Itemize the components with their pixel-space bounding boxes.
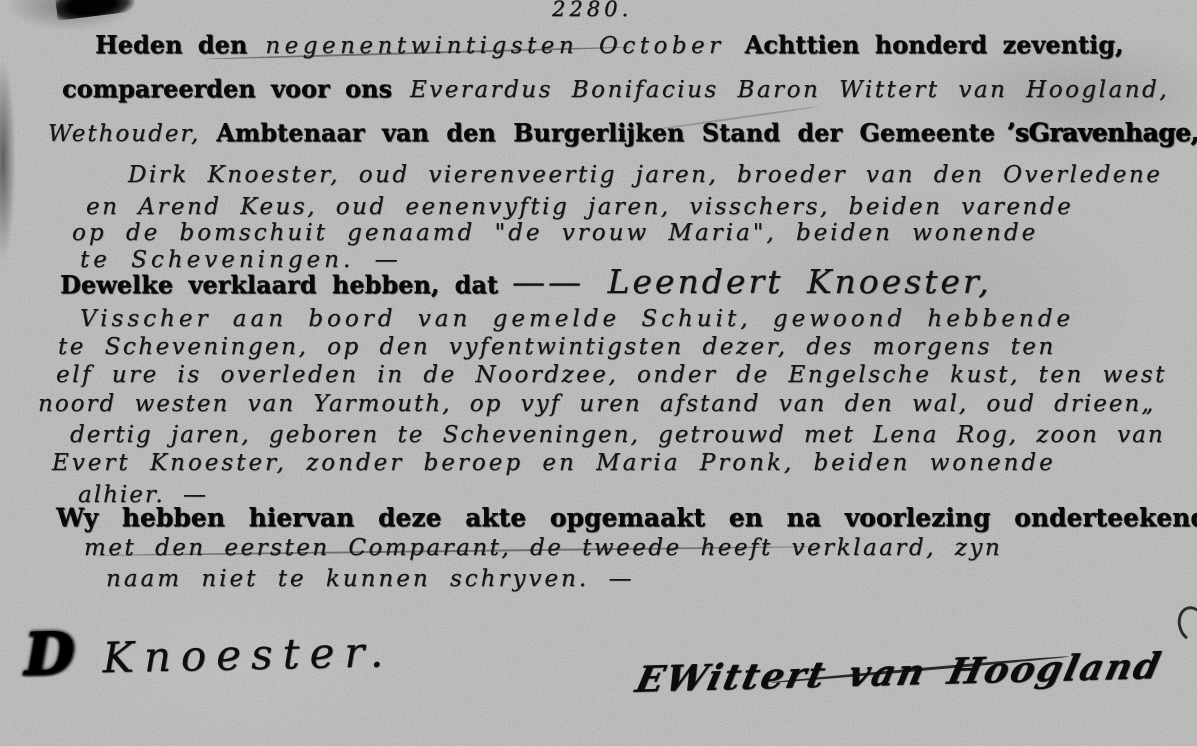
printed-year: Achttien honderd zeventig, <box>745 30 1124 59</box>
handwritten-date: negenentwintigsten October <box>265 33 724 59</box>
signature-official: EWittert van Hoogland <box>632 645 1166 701</box>
line-registrar-title: Wethouder, Ambtenaar van den Burgerlijke… <box>48 118 1197 147</box>
line-declarant-1: Dirk Knoester, oud vierenveertig jaren, … <box>128 162 1162 188</box>
scanned-death-record-page: 2280. Heden den negenentwintigsten Octob… <box>0 0 1197 746</box>
signature-declarant: D Knoester. <box>23 612 393 688</box>
line-deceased-occupation: Visscher aan boord van gemelde Schuit, g… <box>80 306 1074 332</box>
handwritten-title: Wethouder, <box>48 121 200 147</box>
line-death-time: te Scheveningen, op den vyfentwintigsten… <box>58 334 1056 360</box>
ink-mark-right-edge <box>1174 603 1197 645</box>
signature-initial-blot: D <box>23 619 73 688</box>
printed-title: Ambtenaar van den Burgerlijken Stand der… <box>216 118 995 147</box>
handwritten-text: Dirk Knoester, oud vierenveertig jaren, … <box>128 162 1162 188</box>
handwritten-text: dertig jaren, geboren te Scheveningen, g… <box>70 422 1165 448</box>
printed-text: Heden den <box>95 30 247 59</box>
handwritten-text: noord westen van Yarmouth, op vyf uren a… <box>38 391 1155 417</box>
handwritten-text: elf ure is overleden in de Noordzee, ond… <box>56 362 1167 388</box>
handwritten-text: Visscher aan boord van gemelde Schuit, g… <box>80 306 1074 332</box>
printed-municipality: ’sGravenhage, <box>1007 118 1197 147</box>
handwritten-text: en Arend Keus, oud eenenvyftig jaren, vi… <box>86 194 1073 220</box>
line-closing-hand-2: naam niet te kunnen schryven. — <box>106 566 635 592</box>
handwritten-text: op de bomschuit genaamd "de vrouw Maria"… <box>72 220 1038 246</box>
line-declarant-2: en Arend Keus, oud eenenvyftig jaren, vi… <box>86 194 1073 220</box>
handwritten-text: te Scheveningen, op den vyfentwintigsten… <box>58 334 1056 360</box>
line-deceased-details: dertig jaren, geboren te Scheveningen, g… <box>70 422 1165 448</box>
line-closing-printed: Wy hebben hiervan deze akte opgemaakt en… <box>56 503 1197 532</box>
printed-text: Wy hebben hiervan deze akte opgemaakt en… <box>56 503 1197 532</box>
line-vessel: op de bomschuit genaamd "de vrouw Maria"… <box>72 220 1038 246</box>
record-number: 2280. <box>552 0 632 21</box>
handwritten-deceased-name: —— Leendert Knoester, <box>512 262 992 301</box>
line-registrar-name: compareerden voor ons Everardus Bonifaci… <box>62 74 1169 103</box>
line-date: Heden den negenentwintigsten October Ach… <box>95 30 1123 59</box>
handwritten-text: Evert Knoester, zonder beroep en Maria P… <box>52 450 1056 476</box>
line-closing-hand-1: met den eersten Comparant, de tweede hee… <box>84 535 1002 561</box>
line-death-place-2: noord westen van Yarmouth, op vyf uren a… <box>38 391 1155 417</box>
printed-text: compareerden voor ons <box>62 74 392 103</box>
handwritten-text: met den eersten Comparant, de tweede hee… <box>84 535 1002 561</box>
line-death-place-1: elf ure is overleden in de Noordzee, ond… <box>56 362 1167 388</box>
ink-blot-top-left <box>55 0 136 21</box>
handwritten-text: naam niet te kunnen schryven. — <box>106 566 635 592</box>
line-parents: Evert Knoester, zonder beroep en Maria P… <box>52 450 1056 476</box>
line-declaration-opening: Dewelke verklaard hebben, dat —— Leender… <box>60 262 992 301</box>
printed-text: Dewelke verklaard hebben, dat <box>60 270 498 299</box>
record-text-layer: 2280. Heden den negenentwintigsten Octob… <box>0 0 1197 746</box>
handwritten-registrar-name: Everardus Bonifacius Baron Wittert van H… <box>410 77 1169 103</box>
signature-declarant-name: Knoester. <box>102 627 394 682</box>
